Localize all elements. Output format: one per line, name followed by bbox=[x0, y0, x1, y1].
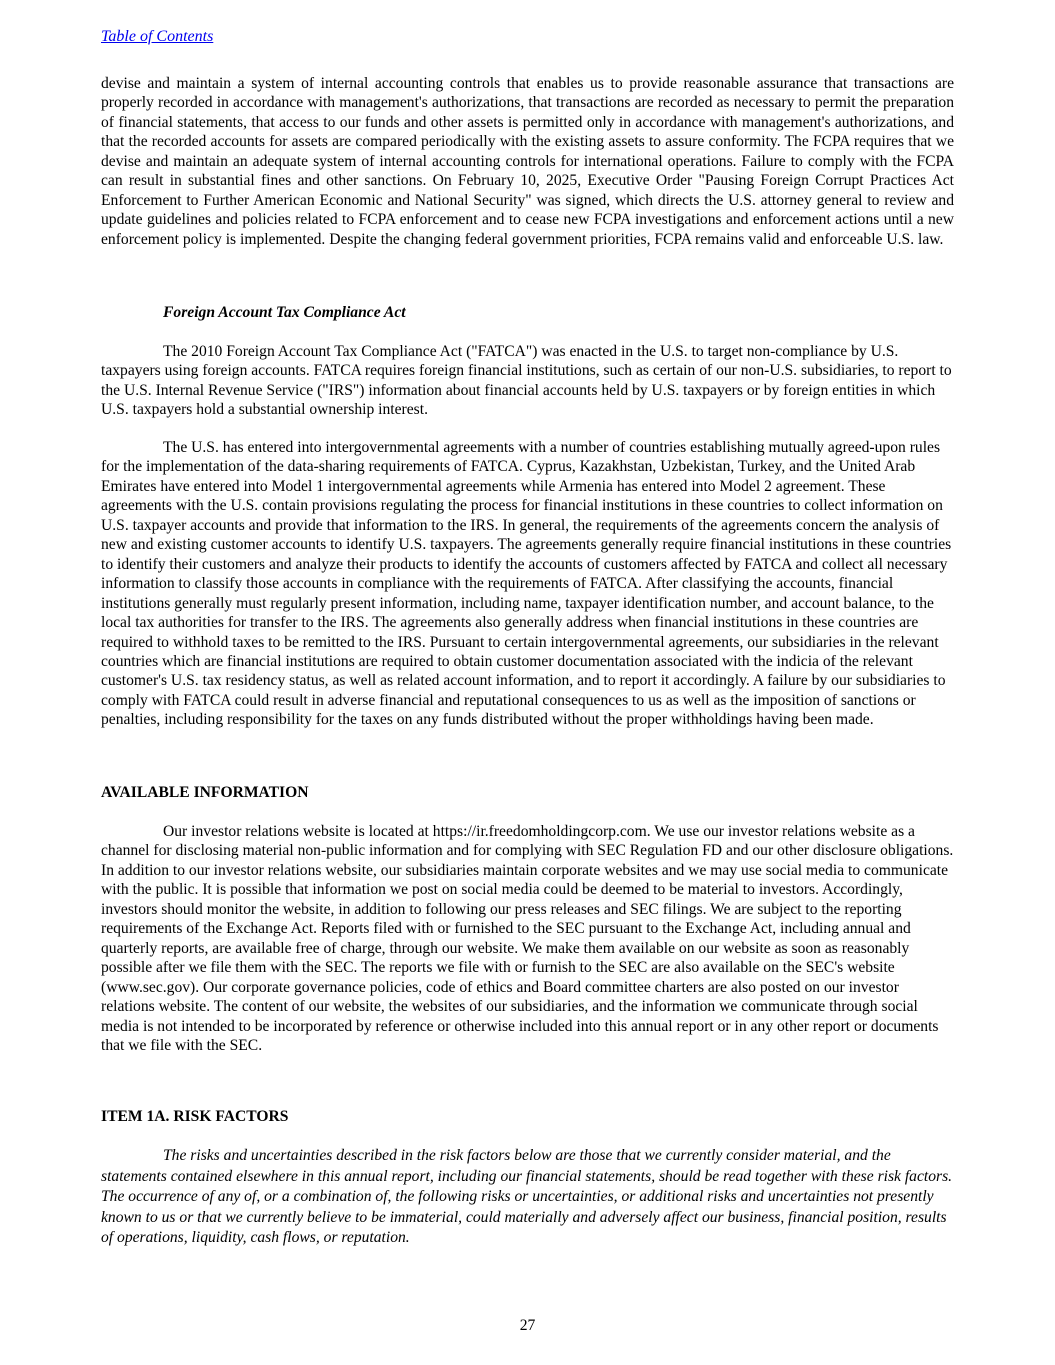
fatca-heading: Foreign Account Tax Compliance Act bbox=[163, 303, 406, 323]
fcpa-paragraph: devise and maintain a system of internal… bbox=[101, 74, 954, 249]
table-of-contents-link[interactable]: Table of Contents bbox=[101, 27, 213, 47]
available-information-paragraph: Our investor relations website is locate… bbox=[101, 822, 954, 1055]
risk-factors-intro-paragraph: The risks and uncertainties described in… bbox=[101, 1146, 954, 1249]
available-information-heading: AVAILABLE INFORMATION bbox=[101, 783, 309, 803]
fatca-paragraph-1: The 2010 Foreign Account Tax Compliance … bbox=[101, 342, 954, 420]
risk-factors-heading: ITEM 1A. RISK FACTORS bbox=[101, 1107, 288, 1127]
page-number: 27 bbox=[0, 1316, 1055, 1336]
fatca-paragraph-2: The U.S. has entered into intergovernmen… bbox=[101, 438, 954, 730]
